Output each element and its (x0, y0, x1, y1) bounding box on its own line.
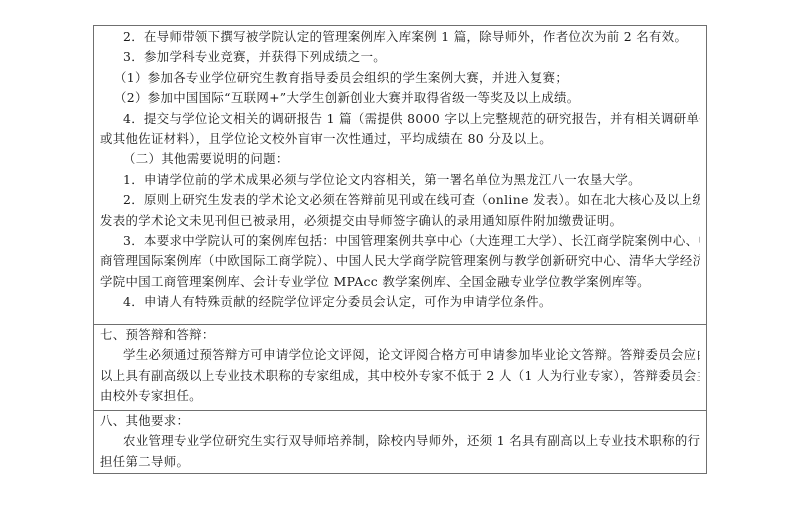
defense-paragraph-line-3: 由校外专家担任。 (100, 386, 700, 406)
requirement-item-4: 4．提交与学位论文相关的调研报告 1 篇（需提供 8000 字以上完整规范的研究… (100, 109, 700, 129)
defense-paragraph-line-2: 以上具有副高级以上专业技术职称的专家组成，其中校外专家不低于 2 人（1 人为行… (100, 366, 700, 386)
note-item-2-cont: 发表的学术论文未见刊但已被录用，必须提交由导师签字确认的录用通知原件附加缴费证明… (100, 211, 700, 231)
other-paragraph-line-2: 担任第二导师。 (100, 452, 700, 472)
section-defense: 七、预答辩和答辩： 学生必须通过预答辩方可申请学位论文评阅，论文评阅合格方可申请… (94, 324, 706, 410)
requirement-subitem-2: （2）参加中国国际“互联网+”大学生创新创业大赛并取得省级一等奖及以上成绩。 (100, 88, 700, 108)
note-item-2: 2．原则上研究生发表的学术论文必须在答辩前见刊或在线可查（online 发表）。… (100, 190, 700, 210)
section-heading-defense: 七、预答辩和答辩： (100, 325, 700, 345)
note-item-3-cont-2: 学院中国工商管理案例库、会计专业学位 MPAcc 教学案例库、全国金融专业学位教… (100, 272, 700, 292)
note-item-4: 4．申请人有特殊贡献的经院学位评定分委员会认定，可作为申请学位条件。 (100, 292, 700, 312)
note-item-3-cont-1: 商管理国际案例库（中欧国际工商学院）、中国人民大学商学院管理案例与教学创新研究中… (100, 251, 700, 271)
requirement-item-4-cont: 或其他佐证材料），且学位论文校外盲审一次性通过，平均成绩在 80 分及以上。 (100, 129, 700, 149)
note-item-3: 3．本要求中学院认可的案例库包括：中国管理案例共享中心（大连理工大学）、长江商学… (100, 231, 700, 251)
subsection-heading-other-notes: （二）其他需要说明的问题： (100, 149, 700, 169)
note-item-1: 1．申请学位前的学术成果必须与学位论文内容相关，第一署名单位为黑龙江八一农垦大学… (100, 170, 700, 190)
other-paragraph-line-1: 农业管理专业学位研究生实行双导师培养制，除校内导师外，还须 1 名具有副高以上专… (100, 431, 700, 451)
requirement-item-3: 3．参加学科专业竞赛，并获得下列成绩之一。 (100, 47, 700, 67)
section-degree-requirements: 2．在导师带领下撰写被学院认定的管理案例库入库案例 1 篇，除导师外，作者位次为… (94, 27, 706, 324)
section-other-requirements: 八、其他要求： 农业管理专业学位研究生实行双导师培养制，除校内导师外，还须 1 … (94, 410, 706, 473)
defense-paragraph-line-1: 学生必须通过预答辩方可申请学位论文评阅，论文评阅合格方可申请参加毕业论文答辩。答… (100, 345, 700, 365)
requirement-item-2: 2．在导师带领下撰写被学院认定的管理案例库入库案例 1 篇，除导师外，作者位次为… (100, 27, 700, 47)
requirement-subitem-1: （1）参加各专业学位研究生教育指导委员会组织的学生案例大赛，并进入复赛； (100, 68, 700, 88)
section-heading-other: 八、其他要求： (100, 411, 700, 431)
requirements-table: 2．在导师带领下撰写被学院认定的管理案例库入库案例 1 篇，除导师外，作者位次为… (93, 25, 707, 474)
